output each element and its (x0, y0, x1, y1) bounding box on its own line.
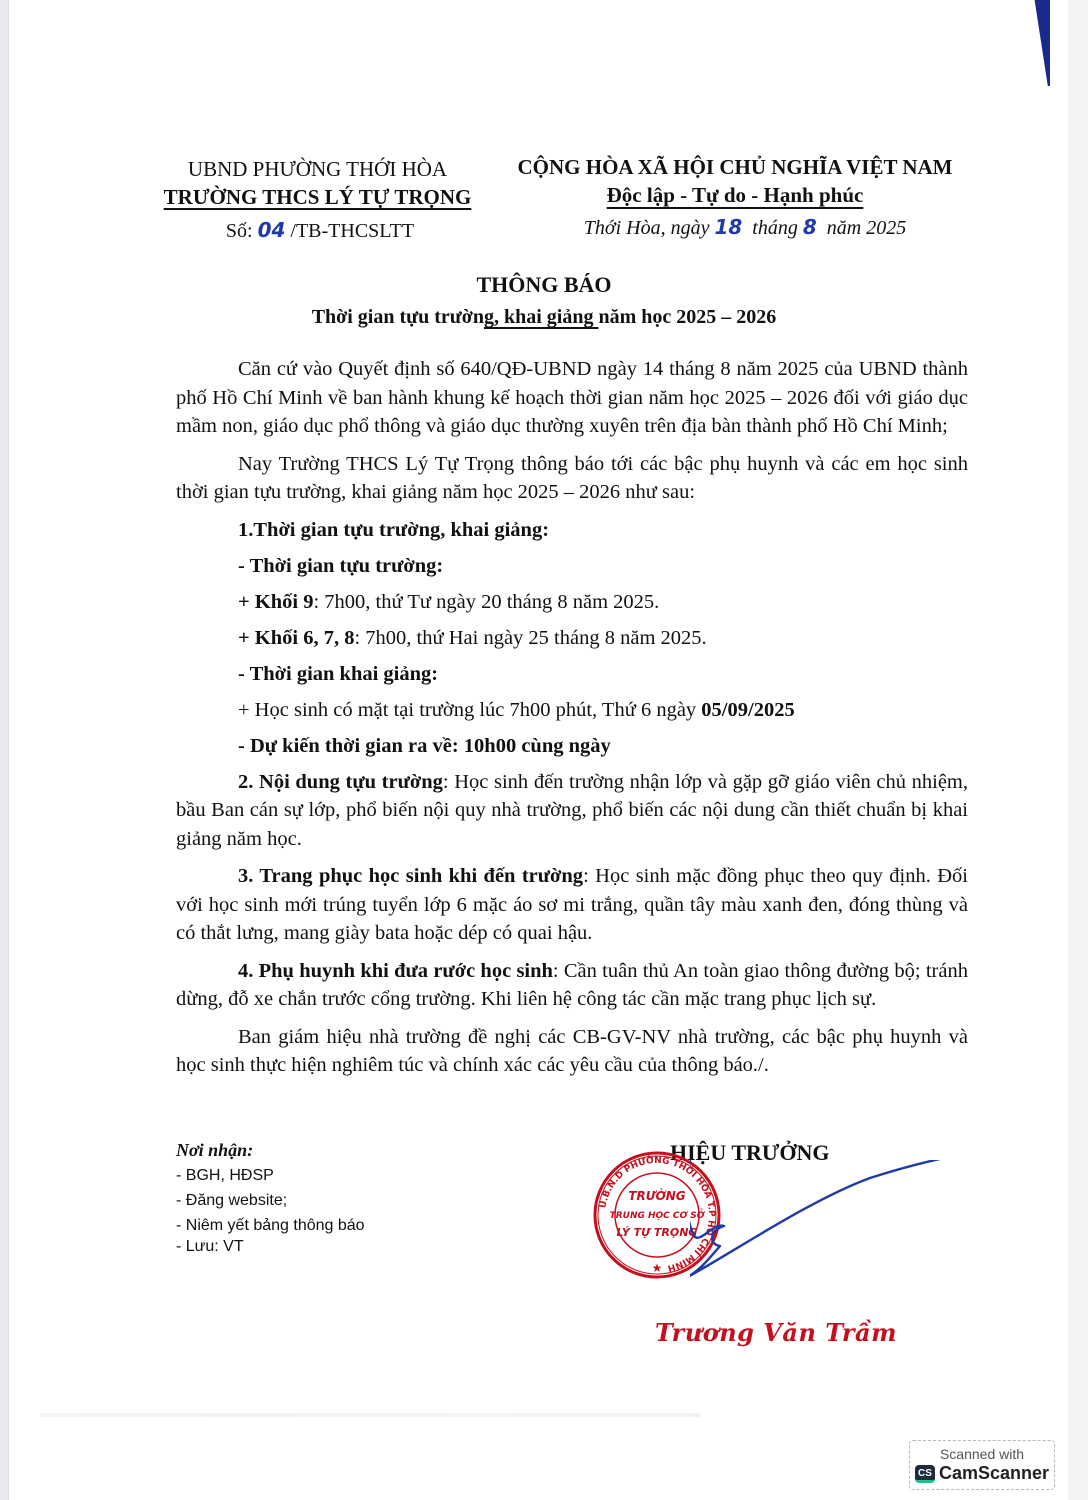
date-suffix: năm 2025 (817, 217, 906, 239)
section-4: 4. Phụ huynh khi đưa rước học sinh: Cần … (176, 957, 968, 1014)
opening-ceremony-time: + Học sinh có mặt tại trường lúc 7h00 ph… (176, 696, 968, 724)
recipients-block: Nơi nhận: - BGH, HĐSP - Đăng website; - … (176, 1138, 365, 1259)
document-number: Số: 04 /TB-THCSLTT (160, 218, 480, 243)
section-4-title: 4. Phụ huynh khi đưa rước học sinh (238, 960, 553, 982)
doc-no-handwritten: 04 (258, 218, 286, 242)
subtitle-part2: g, khai giảng (484, 306, 598, 328)
arrival-title: - Thời gian tựu trường: (176, 552, 968, 580)
opening-title: - Thời gian khai giảng: (176, 660, 968, 688)
section-3-title: 3. Trang phục học sinh khi đến trường (238, 865, 583, 887)
handwritten-signature-icon (690, 1160, 990, 1300)
issue-date: Thới Hòa, ngày 18 tháng 8 năm 2025 (510, 215, 980, 240)
watermark-brand: CS CamScanner (910, 1463, 1054, 1484)
national-motto: Độc lập - Tự do - Hạnh phúc (500, 181, 970, 209)
scan-artifact (40, 1413, 700, 1417)
recipients-heading: Nơi nhận: (176, 1138, 365, 1163)
stamp-line3: LÝ TỰ TRỌNG (617, 1226, 698, 1239)
camscanner-watermark: Scanned with CS CamScanner (909, 1440, 1055, 1490)
arrival-text: : 7h00, thứ Tư ngày 20 tháng 8 năm 2025. (313, 591, 659, 613)
camscanner-logo-icon: CS (915, 1465, 935, 1483)
section-3: 3. Trang phục học sinh khi đến trường: H… (176, 862, 968, 948)
opening-text: + Học sinh có mặt tại trường lúc 7h00 ph… (238, 699, 701, 721)
issuing-authority-block: UBND PHƯỜNG THỚI HÒA TRƯỜNG THCS LÝ TỰ T… (150, 155, 485, 211)
section-2: 2. Nội dung tựu trường: Học sinh đến trư… (176, 768, 968, 854)
subtitle-part3: năm học 2025 – 2026 (598, 306, 776, 328)
watermark-line2: CamScanner (939, 1463, 1049, 1484)
section-2-title: 2. Nội dung tựu trường (238, 771, 443, 793)
dismissal-time: - Dự kiến thời gian ra về: 10h00 cùng ng… (176, 732, 968, 760)
intro-paragraph: Nay Trường THCS Lý Tự Trọng thông báo tớ… (176, 450, 968, 507)
svg-text:★: ★ (652, 1261, 663, 1275)
signer-name: Trương Văn Trầm (655, 1318, 897, 1347)
closing-paragraph: Ban giám hiệu nhà trường đề nghị các CB-… (176, 1023, 968, 1080)
date-prefix: Thới Hòa, ngày (584, 217, 715, 239)
doc-no-prefix: Số: (226, 220, 258, 242)
country-name: CỘNG HÒA XÃ HỘI CHỦ NGHĨA VIỆT NAM (500, 153, 970, 181)
subtitle-part1: Thời gian tựu trườn (312, 306, 484, 328)
school-name: TRƯỜNG THCS LÝ TỰ TRỌNG (150, 183, 485, 211)
document-title: THÔNG BÁO (0, 272, 1088, 298)
arrival-text: : 7h00, thứ Hai ngày 25 tháng 8 năm 2025… (354, 627, 706, 649)
month-handwritten: 8 (803, 215, 817, 239)
date-mid: tháng (742, 217, 803, 239)
watermark-line1: Scanned with (910, 1446, 1054, 1462)
recipient-item: - BGH, HĐSP (176, 1163, 365, 1188)
national-header-block: CỘNG HÒA XÃ HỘI CHỦ NGHĨA VIỆT NAM Độc l… (500, 153, 970, 209)
arrival-item-grade678: + Khối 6, 7, 8: 7h00, thứ Hai ngày 25 th… (176, 624, 968, 652)
section-1-title: 1.Thời gian tựu trường, khai giảng: (176, 516, 968, 544)
recipient-item: - Đăng website; (176, 1188, 365, 1213)
opening-date: 05/09/2025 (701, 699, 794, 721)
authority-name: UBND PHƯỜNG THỚI HÒA (150, 155, 485, 183)
doc-no-suffix: /TB-THCSLTT (285, 220, 414, 242)
arrival-item-grade9: + Khối 9: 7h00, thứ Tư ngày 20 tháng 8 n… (176, 588, 968, 616)
stamp-line1: TRƯỜNG (628, 1188, 685, 1203)
arrival-label: + Khối 6, 7, 8 (238, 627, 354, 649)
document-body: Căn cứ vào Quyết định số 640/QĐ-UBND ngà… (176, 355, 968, 1089)
day-handwritten: 18 (714, 215, 742, 239)
arrival-label: + Khối 9 (238, 591, 313, 613)
legal-basis-paragraph: Căn cứ vào Quyết định số 640/QĐ-UBND ngà… (176, 355, 968, 441)
document-subtitle: Thời gian tựu trường, khai giảng năm học… (0, 306, 1088, 329)
page-edge (1068, 0, 1088, 1500)
